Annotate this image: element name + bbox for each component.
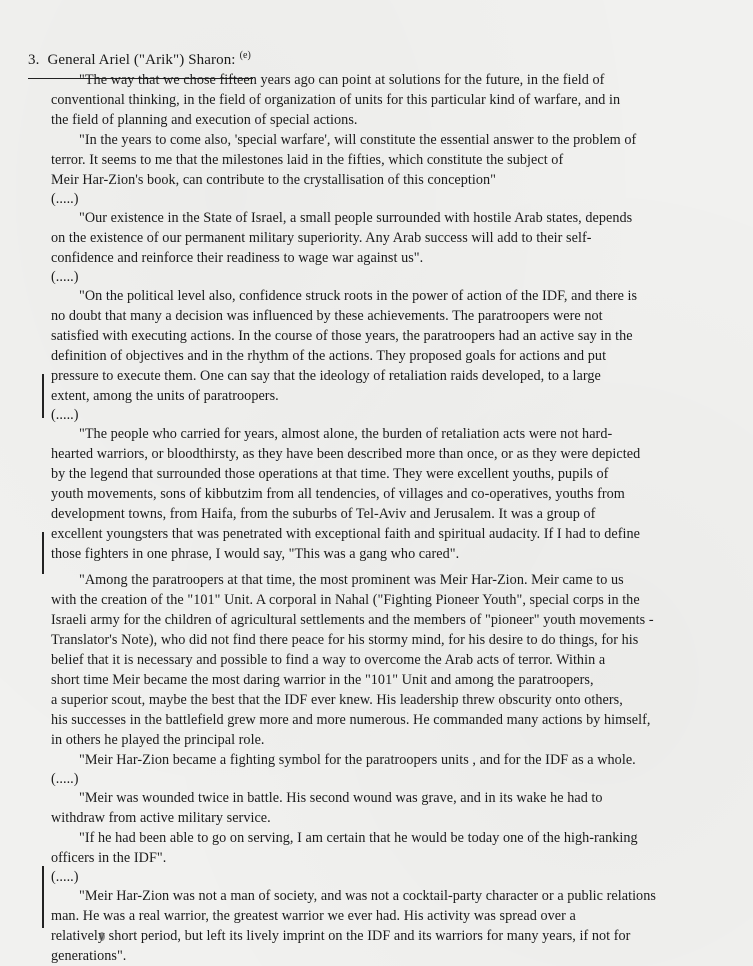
text-line: withdraw from active military service.: [51, 810, 271, 826]
text-line: his successes in the battlefield grew mo…: [51, 712, 650, 728]
ink-smudge: [99, 932, 105, 941]
text-line: youth movements, sons of kibbutzim from …: [51, 486, 625, 502]
margin-bar: [42, 866, 44, 928]
text-line: a superior scout, maybe the best that th…: [51, 692, 623, 708]
section-heading: 3.General Ariel ("Arik") Sharon:(e): [28, 52, 251, 69]
text-line: "Among the paratroopers at that time, th…: [79, 572, 624, 588]
text-line: "Meir was wounded twice in battle. His s…: [79, 790, 603, 806]
margin-bar: [42, 374, 44, 418]
text-line: "Meir Har-Zion was not a man of society,…: [79, 888, 656, 904]
text-line: conventional thinking, in the field of o…: [51, 92, 620, 108]
text-line: relatively short period, but left its li…: [51, 928, 630, 944]
text-line: those fighters in one phrase, I would sa…: [51, 546, 459, 562]
text-line: Israeli army for the children of agricul…: [51, 612, 654, 628]
text-line: (.....): [51, 269, 79, 285]
text-line: extent, among the units of paratroopers.: [51, 388, 279, 404]
margin-bar: [42, 532, 44, 574]
text-line: Meir Har-Zion's book, can contribute to …: [51, 172, 496, 188]
text-line: "If he had been able to go on serving, I…: [79, 830, 638, 846]
text-line: "In the years to come also, 'special war…: [79, 132, 636, 148]
text-line: terror. It seems to me that the mileston…: [51, 152, 563, 168]
text-line: generations".: [51, 948, 126, 964]
text-line: (.....): [51, 407, 79, 423]
text-line: satisfied with executing actions. In the…: [51, 328, 633, 344]
text-line: "The way that we chose fifteen years ago…: [79, 72, 604, 88]
text-line: in others he played the principal role.: [51, 732, 265, 748]
footnote-marker: (e): [240, 50, 251, 61]
section-title: General Ariel ("Arik") Sharon:: [47, 52, 235, 68]
text-line: definition of objectives and in the rhyt…: [51, 348, 606, 364]
text-line: "Meir Har-Zion became a fighting symbol …: [79, 752, 636, 768]
text-line: (.....): [51, 771, 79, 787]
text-line: no doubt that many a decision was influe…: [51, 308, 603, 324]
text-line: officers in the IDF".: [51, 850, 166, 866]
text-line: "Our existence in the State of Israel, a…: [79, 210, 632, 226]
text-line: "The people who carried for years, almos…: [79, 426, 612, 442]
section-number: 3.: [28, 52, 39, 68]
text-line: with the creation of the "101" Unit. A c…: [51, 592, 640, 608]
text-line: pressure to execute them. One can say th…: [51, 368, 601, 384]
document-page: 3.General Ariel ("Arik") Sharon:(e) "The…: [0, 0, 753, 966]
text-line: (.....): [51, 869, 79, 885]
text-line: Translator's Note), who did not find the…: [51, 632, 638, 648]
text-line: by the legend that surrounded those oper…: [51, 466, 608, 482]
text-line: short time Meir became the most daring w…: [51, 672, 594, 688]
text-line: belief that it is necessary and possible…: [51, 652, 605, 668]
text-line: excellent youngsters that was penetrated…: [51, 526, 640, 542]
text-line: the field of planning and execution of s…: [51, 112, 358, 128]
text-line: "On the political level also, confidence…: [79, 288, 637, 304]
text-line: confidence and reinforce their readiness…: [51, 250, 423, 266]
text-line: hearted warriors, or bloodthirsty, as th…: [51, 446, 640, 462]
text-line: (.....): [51, 191, 79, 207]
text-line: development towns, from Haifa, from the …: [51, 506, 595, 522]
text-line: on the existence of our permanent milita…: [51, 230, 592, 246]
text-line: man. He was a real warrior, the greatest…: [51, 908, 576, 924]
